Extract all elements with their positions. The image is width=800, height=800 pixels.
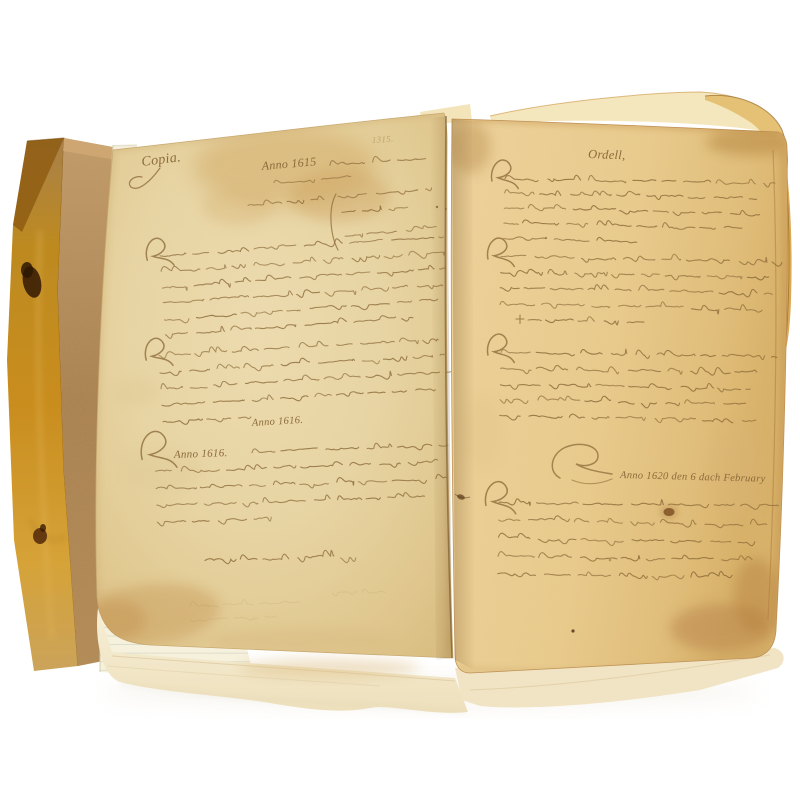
book-scene: Copia. 1315. Anno 1615 Anno 1616. Anno 1… bbox=[0, 0, 800, 800]
script-line bbox=[156, 470, 172, 471]
right-heading: Ordell, bbox=[588, 147, 626, 162]
overwritten-year: 1315. bbox=[371, 134, 393, 145]
script-line bbox=[446, 372, 450, 373]
left-page bbox=[77, 113, 453, 658]
left-para3-start-date: Anno 1616. bbox=[173, 447, 228, 461]
script-line bbox=[746, 389, 750, 390]
right-page bbox=[450, 119, 794, 673]
manuscript-photo: Copia. 1315. Anno 1615 Anno 1616. Anno 1… bbox=[0, 0, 800, 800]
